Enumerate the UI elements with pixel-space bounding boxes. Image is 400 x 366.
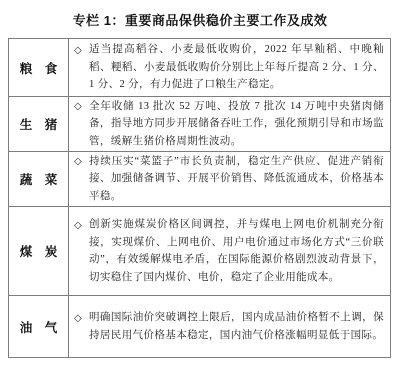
diamond-bullet-icon: ◇ [74, 98, 82, 116]
measure-item: ◇ 持续压实“菜篮子”市长负责制，稳定生产供应、促进产销衔接、加强储备调节、开展… [69, 153, 384, 206]
diamond-bullet-icon: ◇ [74, 153, 82, 171]
measure-text: 适当提高稻谷、小麦最低收购价，2022 年早籼稻、中晚籼稻、粳稻、小麦最低收购价… [89, 41, 384, 94]
column-title: 专栏 1：重要商品保供稳价主要工作及成效 [0, 10, 400, 29]
commodity-content-cell: ◇ 全年收储 13 批次 52 万吨、投放 7 批次 14 万吨中央猪肉储备，指… [69, 97, 390, 151]
commodity-content-cell: ◇ 适当提高稻谷、小麦最低收购价，2022 年早籼稻、中晚籼稻、粳稻、小麦最低收… [69, 39, 390, 96]
measure-item: ◇ 全年收储 13 批次 52 万吨、投放 7 批次 14 万吨中央猪肉储备，指… [69, 98, 384, 151]
diamond-bullet-icon: ◇ [74, 310, 82, 328]
commodity-content-cell: ◇ 创新实施煤炭价格区间调控，并与煤电上网电价机制充分衔接，实现煤价、上网电价、… [69, 207, 390, 295]
table-row: 煤 炭 ◇ 创新实施煤炭价格区间调控，并与煤电上网电价机制充分衔接，实现煤价、上… [9, 207, 390, 296]
report-page: 专栏 1：重要商品保供稳价主要工作及成效 粮 食 ◇ 适当提高稻谷、小麦最低收购… [0, 0, 400, 366]
diamond-bullet-icon: ◇ [74, 217, 82, 235]
diamond-bullet-icon: ◇ [74, 42, 82, 60]
commodity-content-cell: ◇ 持续压实“菜篮子”市长负责制，稳定生产供应、促进产销衔接、加强储备调节、开展… [69, 152, 390, 206]
commodity-label: 生 猪 [9, 97, 69, 151]
measure-item: ◇ 创新实施煤炭价格区间调控，并与煤电上网电价机制充分衔接，实现煤价、上网电价、… [69, 216, 384, 286]
measure-text: 创新实施煤炭价格区间调控，并与煤电上网电价机制充分衔接，实现煤价、上网电价、用户… [89, 216, 384, 286]
measure-text: 持续压实“菜篮子”市长负责制，稳定生产供应、促进产销衔接、加强储备调节、开展平价… [89, 153, 384, 206]
measure-item: ◇ 明确国际油价突破调控上限后，国内成品油价格暂不上调，保持居民用气价格基本稳定… [69, 309, 384, 344]
measure-text: 明确国际油价突破调控上限后，国内成品油价格暂不上调，保持居民用气价格基本稳定，国… [89, 309, 384, 344]
table-row: 粮 食 ◇ 适当提高稻谷、小麦最低收购价，2022 年早籼稻、中晚籼稻、粳稻、小… [9, 39, 390, 97]
measure-item: ◇ 适当提高稻谷、小麦最低收购价，2022 年早籼稻、中晚籼稻、粳稻、小麦最低收… [69, 41, 384, 94]
measure-text: 全年收储 13 批次 52 万吨、投放 7 批次 14 万吨中央猪肉储备，指导地… [89, 98, 384, 151]
table-row: 蔬 菜 ◇ 持续压实“菜篮子”市长负责制，稳定生产供应、促进产销衔接、加强储备调… [9, 152, 390, 207]
table-row: 生 猪 ◇ 全年收储 13 批次 52 万吨、投放 7 批次 14 万吨中央猪肉… [9, 97, 390, 152]
commodity-content-cell: ◇ 明确国际油价突破调控上限后，国内成品油价格暂不上调，保持居民用气价格基本稳定… [69, 296, 390, 357]
table-row: 油 气 ◇ 明确国际油价突破调控上限后，国内成品油价格暂不上调，保持居民用气价格… [9, 296, 390, 357]
commodity-label: 油 气 [9, 296, 69, 357]
commodity-label: 煤 炭 [9, 207, 69, 295]
commodity-label: 粮 食 [9, 39, 69, 96]
commodity-table: 粮 食 ◇ 适当提高稻谷、小麦最低收购价，2022 年早籼稻、中晚籼稻、粳稻、小… [8, 38, 391, 358]
commodity-label: 蔬 菜 [9, 152, 69, 206]
